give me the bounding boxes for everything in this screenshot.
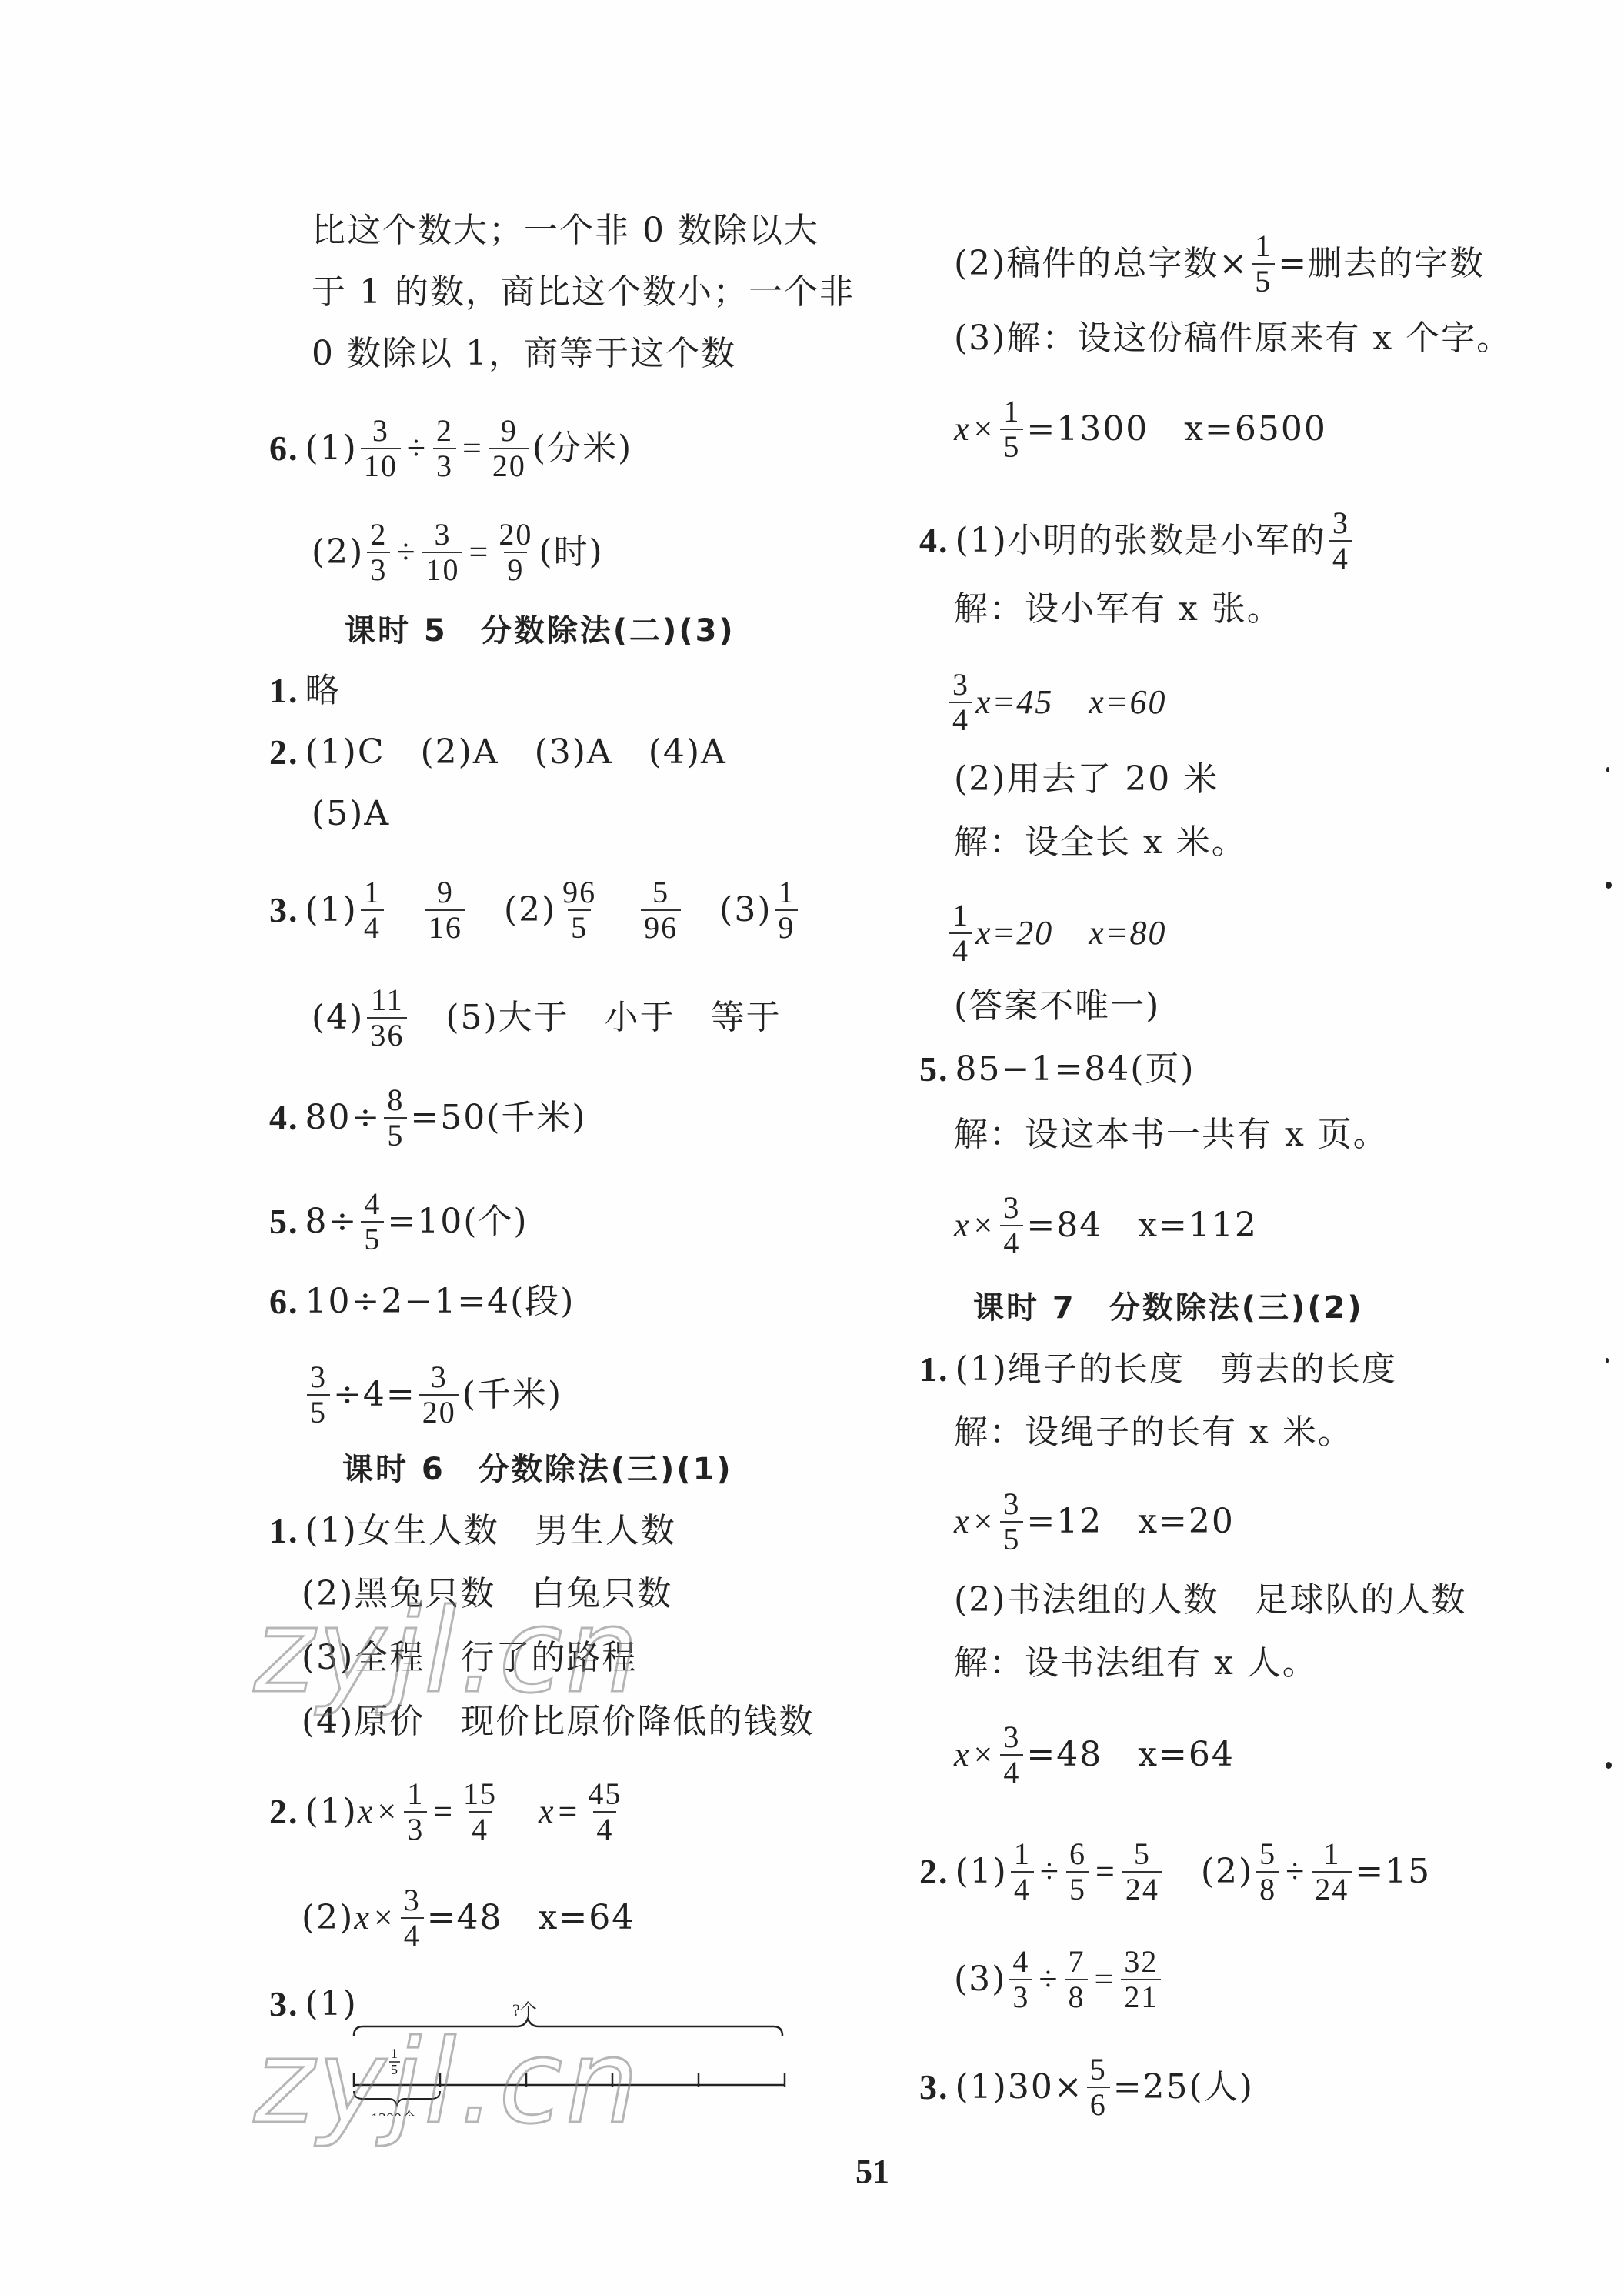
fraction: 34 xyxy=(401,1885,424,1951)
fraction: 34 xyxy=(1329,508,1352,574)
variable: x xyxy=(354,1895,371,1941)
fraction: 78 xyxy=(1065,1946,1088,2013)
answer-word: 现价比原价降低的钱数 xyxy=(460,1699,814,1745)
fraction: 15 xyxy=(1000,396,1023,462)
choice-answer: (1)C xyxy=(305,729,385,776)
l6-q2-part2: (2) x × 34 =48 x=64 xyxy=(302,1885,635,1951)
r-q4-part2-equation: 14 x=20 x=80 xyxy=(946,900,1166,966)
part-label: (2) xyxy=(954,756,1006,802)
fraction: 35 xyxy=(1000,1489,1023,1555)
l5-q1: 1. 略 xyxy=(269,668,341,714)
r-q4-part2: (2) 用去了 20 米 xyxy=(954,756,1219,802)
fraction: 15 xyxy=(1252,231,1275,297)
part-label: (1) xyxy=(955,2064,1008,2110)
question-number: 3. xyxy=(269,1981,299,2027)
answer-text: 用去了 20 米 xyxy=(1006,756,1219,802)
l6-q3: 3. (1) xyxy=(269,1981,358,2027)
l6-q1-row2: (2) 黑兔只数 白兔只数 xyxy=(302,1571,672,1617)
part-label: (1) xyxy=(305,425,358,472)
question-number: 5. xyxy=(919,1046,949,1092)
fraction: 454 xyxy=(585,1779,625,1845)
l5-q6-line2: 35 ÷4= 320 (千米) xyxy=(304,1362,562,1428)
fraction: 209 xyxy=(495,519,535,585)
fraction-numerator: 1 xyxy=(391,2046,398,2061)
fraction: 34 xyxy=(1000,1193,1023,1259)
fraction: 85 xyxy=(384,1085,407,1151)
times-sign: × xyxy=(974,1203,995,1249)
fraction: 19 xyxy=(775,877,798,943)
scan-speck xyxy=(1606,1762,1612,1769)
variable: x xyxy=(539,1789,555,1835)
choice-answer: (4)A xyxy=(649,729,727,776)
r-q5-equation: x × 34 =84 x=112 xyxy=(954,1193,1258,1259)
solution: x=112 xyxy=(1138,1203,1258,1249)
part-label: (2) xyxy=(1201,1849,1253,1895)
answer-word: 女生人数 xyxy=(358,1508,499,1554)
times-sign: × xyxy=(374,1895,395,1941)
fraction: 23 xyxy=(367,519,390,585)
choice-answer: (3)A xyxy=(535,729,613,776)
question-number: 1. xyxy=(919,1346,949,1393)
answer-word: 绳子的长度 xyxy=(1008,1346,1185,1393)
times-sign: × xyxy=(974,1499,995,1545)
l6-q1-row1: 1. (1) 女生人数 男生人数 xyxy=(269,1508,676,1554)
l5-q2-cont: (5)A xyxy=(312,791,390,837)
l7-q1-part2-equation: x × 34 =48 x=64 xyxy=(954,1722,1235,1788)
part-label: (1) xyxy=(955,1849,1008,1895)
expression: ÷4= xyxy=(333,1372,416,1418)
l5-q3-row1: 3. (1) 14 916 (2) 965 596 (3) 19 xyxy=(269,877,801,943)
l5-q3-row2: (4) 1136 (5) 大于 小于 等于 xyxy=(312,985,782,1051)
equals-sign: = xyxy=(433,1789,454,1835)
r-q5-setup: 解：设这本书一共有 x 页。 xyxy=(954,1112,1389,1158)
part-label: (2) xyxy=(302,1895,354,1941)
answer-word: 黑兔只数 xyxy=(354,1571,495,1617)
answer-word: 全程 xyxy=(354,1635,425,1681)
lesson-5-heading: 课时 5 分数除法(二)(3) xyxy=(345,608,735,654)
answer-word: 行了的路程 xyxy=(460,1635,637,1681)
solution: x=60 xyxy=(1089,679,1166,726)
times-sign: × xyxy=(974,406,995,452)
r-q4-part1-equation: 34 x=45 x=60 xyxy=(946,669,1166,736)
l5-q2: 2. (1)C (2)A (3)A (4)A xyxy=(269,729,727,776)
variable: x xyxy=(954,1203,971,1249)
fraction: 916 xyxy=(425,877,465,943)
answer-word: 剪去的长度 xyxy=(1220,1346,1397,1393)
fraction: 965 xyxy=(559,877,599,943)
fraction: 45 xyxy=(361,1189,384,1255)
r-q4-part2-setup: 解：设全长 x 米。 xyxy=(954,819,1247,866)
continuation-line-3: 0 数除以 1，商等于这个数 xyxy=(312,331,736,377)
fraction: 524 xyxy=(1122,1839,1162,1905)
question-number: 5. xyxy=(269,1199,299,1245)
fraction: 310 xyxy=(361,415,401,482)
fraction: 58 xyxy=(1256,1839,1279,1905)
answer-word: 大于 xyxy=(499,995,569,1041)
question-number: 2. xyxy=(269,1789,299,1835)
l6-q1-row3: (3) 全程 行了的路程 xyxy=(302,1635,637,1681)
fraction: 56 xyxy=(1087,2054,1110,2120)
question-number: 6. xyxy=(269,1279,299,1325)
answer-text: 略 xyxy=(305,668,341,714)
result: =25(人) xyxy=(1113,2064,1254,2110)
fraction: 154 xyxy=(460,1779,500,1845)
part-label: (4) xyxy=(302,1699,354,1745)
l7-q1-part2: (2) 书法组的人数 足球队的人数 xyxy=(954,1577,1466,1623)
part-label: (1) xyxy=(305,887,358,933)
l6-q2-part1: 2. (1) x × 13 = 154 x = 454 xyxy=(269,1779,628,1845)
variable: x xyxy=(358,1789,375,1835)
equals-sign: = xyxy=(1095,1849,1116,1895)
part-label: (1) xyxy=(305,1789,358,1835)
fraction: 35 xyxy=(307,1362,330,1428)
divide-sign: ÷ xyxy=(1286,1849,1306,1895)
continuation-line-1: 比这个数大；一个非 0 数除以大 xyxy=(312,208,819,254)
expression: =12 xyxy=(1026,1499,1102,1545)
l5-q5: 5. 8÷ 45 =10(个) xyxy=(269,1189,529,1255)
part-label: (1) xyxy=(955,1346,1008,1393)
answer-word: 书法组的人数 xyxy=(1006,1577,1219,1623)
l6-q1-row4: (4) 原价 现价比原价降低的钱数 xyxy=(302,1699,814,1745)
fraction: 13 xyxy=(404,1779,427,1845)
result: =10(个) xyxy=(387,1199,528,1245)
part-label: (3) xyxy=(302,1635,354,1681)
scan-speck xyxy=(1606,882,1612,889)
r-q4-part1-setup: 解：设小军有 x 张。 xyxy=(954,586,1282,632)
expression: 85−1=84(页) xyxy=(955,1046,1195,1092)
expression: =48 xyxy=(1026,1732,1102,1778)
r-q3-part2: (2) 稿件的总字数× 15 =删去的字数 xyxy=(954,231,1485,297)
l7-q1-part1-equation: x × 35 =12 x=20 xyxy=(954,1489,1235,1555)
expression: 30× xyxy=(1008,2064,1084,2110)
unit: (分米) xyxy=(532,425,632,472)
part-label: (1) xyxy=(305,1508,358,1554)
solution: x=64 xyxy=(1138,1732,1235,1778)
continuation-line-2: 于 1 的数，商比这个数小；一个非 xyxy=(312,269,855,315)
choice-answer: (5)A xyxy=(312,791,390,837)
r-q4-part1: 4. (1) 小明的张数是小军的 34 xyxy=(919,508,1356,574)
part-brace xyxy=(354,2091,440,2105)
q6-prev-part2: (2) 23 ÷ 310 = 209 (时) xyxy=(312,519,604,585)
times-sign: × xyxy=(377,1789,398,1835)
expression: =1300 xyxy=(1026,406,1149,452)
scan-speck xyxy=(1606,767,1609,772)
equals-sign: = xyxy=(559,1789,579,1835)
fraction: 14 xyxy=(1011,1839,1034,1905)
solution: x=80 xyxy=(1089,910,1166,956)
part-label: (1) xyxy=(955,518,1008,564)
question-number: 1. xyxy=(269,1508,299,1554)
part-label: (3) xyxy=(719,887,772,933)
diagram-bottom-label: 1300个 xyxy=(371,2110,417,2116)
solution: x=20 xyxy=(1138,1499,1235,1545)
part-label: (4) xyxy=(312,995,364,1041)
times-sign: × xyxy=(974,1732,995,1778)
part-label: (3) xyxy=(954,315,1006,362)
part-label: (2) xyxy=(312,529,364,575)
expression: 8÷ xyxy=(305,1199,358,1245)
question-number: 3. xyxy=(919,2064,949,2110)
question-number: 2. xyxy=(269,729,299,776)
expression: =48 xyxy=(427,1895,503,1941)
l5-q6-line1: 6. 10÷2−1=4(段) xyxy=(269,1279,575,1325)
fraction: 596 xyxy=(641,877,681,943)
l7-q1-part1-setup: 解：设绳子的长有 x 米。 xyxy=(954,1409,1353,1456)
divide-sign: ÷ xyxy=(1040,1849,1060,1895)
r-q3-part3: (3) 解：设这份稿件原来有 x 个字。 xyxy=(954,315,1512,362)
question-number: 2. xyxy=(919,1849,949,1895)
expression: =84 xyxy=(1026,1203,1102,1249)
unit: (时) xyxy=(539,529,603,575)
part-label: (2) xyxy=(302,1571,354,1617)
equals-sign: = xyxy=(462,425,483,472)
lesson-6-heading: 课时 6 分数除法(三)(1) xyxy=(342,1446,733,1493)
segment-diagram: ?个 1 5 1300个 xyxy=(346,1993,792,2116)
fraction: 14 xyxy=(949,900,972,966)
expression: 稿件的总字数× xyxy=(1006,241,1249,287)
part-label: (3) xyxy=(954,1956,1006,2003)
fraction: 34 xyxy=(949,669,972,736)
question-number: 6. xyxy=(269,425,299,472)
solution: x=6500 xyxy=(1184,406,1327,452)
choice-answer: (2)A xyxy=(421,729,499,776)
r-q5-line1: 5. 85−1=84(页) xyxy=(919,1046,1195,1092)
fraction: 310 xyxy=(422,519,462,585)
question-number: 3. xyxy=(269,887,299,933)
equals-sign: = xyxy=(1094,1956,1115,2003)
part-label: (2) xyxy=(954,241,1006,287)
l7-q1-part1: 1. (1) 绳子的长度 剪去的长度 xyxy=(919,1346,1397,1393)
question-number: 1. xyxy=(269,668,299,714)
fraction: 23 xyxy=(433,415,456,482)
divide-sign: ÷ xyxy=(407,425,427,472)
variable: x xyxy=(954,1732,971,1778)
expression: 10÷2−1=4(段) xyxy=(305,1279,575,1325)
answer-word: 原价 xyxy=(354,1699,425,1745)
l7-q2-row2: (3) 43 ÷ 78 = 3221 xyxy=(954,1946,1164,2013)
l5-q4: 4. 80÷ 85 =50(千米) xyxy=(269,1085,587,1151)
part-label: (2) xyxy=(504,887,556,933)
question-number: 4. xyxy=(919,518,949,564)
fraction: 124 xyxy=(1312,1839,1352,1905)
l7-q1-part2-setup: 解：设书法组有 x 人。 xyxy=(954,1640,1318,1686)
answer-word: 白兔只数 xyxy=(531,1571,672,1617)
answer-text: 小明的张数是小军的 xyxy=(1008,518,1326,564)
part-label: (5) xyxy=(445,995,498,1041)
answer-word: 足球队的人数 xyxy=(1254,1577,1466,1623)
fraction: 1136 xyxy=(367,985,407,1051)
fraction: 65 xyxy=(1066,1839,1089,1905)
diagram-top-label: ?个 xyxy=(512,2000,537,2020)
fraction: 320 xyxy=(419,1362,459,1428)
lesson-7-heading: 课时 7 分数除法(三)(2) xyxy=(973,1285,1364,1331)
expression: 80÷ xyxy=(305,1095,382,1141)
variable: x xyxy=(954,1499,971,1545)
l7-q3: 3. (1) 30× 56 =25(人) xyxy=(919,2054,1254,2120)
answer-word: 等于 xyxy=(711,995,782,1041)
unit: (千米) xyxy=(462,1372,562,1418)
part-label: (2) xyxy=(954,1577,1006,1623)
question-number: 4. xyxy=(269,1095,299,1141)
total-brace xyxy=(354,2019,782,2036)
result: =50(千米) xyxy=(410,1095,586,1141)
q6-prev-part1: 6. (1) 310 ÷ 23 = 920 (分米) xyxy=(269,415,632,482)
fraction: 43 xyxy=(1009,1946,1032,2013)
divide-sign: ÷ xyxy=(1039,1956,1059,2003)
answer-word: 男生人数 xyxy=(535,1508,676,1554)
expression: x=20 xyxy=(975,910,1053,956)
r-q4-note: (答案不唯一) xyxy=(954,983,1160,1029)
fraction-denominator: 5 xyxy=(391,2062,398,2077)
r-q3-equation: x × 15 =1300 x=6500 xyxy=(954,396,1327,462)
solution: x=64 xyxy=(539,1895,635,1941)
expression: =删去的字数 xyxy=(1278,241,1485,287)
fraction: 920 xyxy=(489,415,529,482)
solution-setup: 解：设这份稿件原来有 x 个字。 xyxy=(1006,315,1512,362)
variable: x xyxy=(954,406,971,452)
expression: x=45 xyxy=(975,679,1053,726)
page-number: 51 xyxy=(855,2152,889,2191)
scan-speck xyxy=(1606,1358,1609,1363)
answer-word: 小于 xyxy=(605,995,675,1041)
fraction: 3221 xyxy=(1121,1946,1161,2013)
equals-sign: = xyxy=(469,529,489,575)
fraction: 14 xyxy=(361,877,384,943)
divide-sign: ÷ xyxy=(396,529,416,575)
l7-q2-row1: 2. (1) 14 ÷ 65 = 524 (2) 58 ÷ 124 =15 xyxy=(919,1839,1431,1905)
answer-key-page: 比这个数大；一个非 0 数除以大 于 1 的数，商比这个数小；一个非 0 数除以… xyxy=(0,0,1624,2295)
expression: =15 xyxy=(1355,1849,1431,1895)
fraction: 34 xyxy=(1000,1722,1023,1788)
